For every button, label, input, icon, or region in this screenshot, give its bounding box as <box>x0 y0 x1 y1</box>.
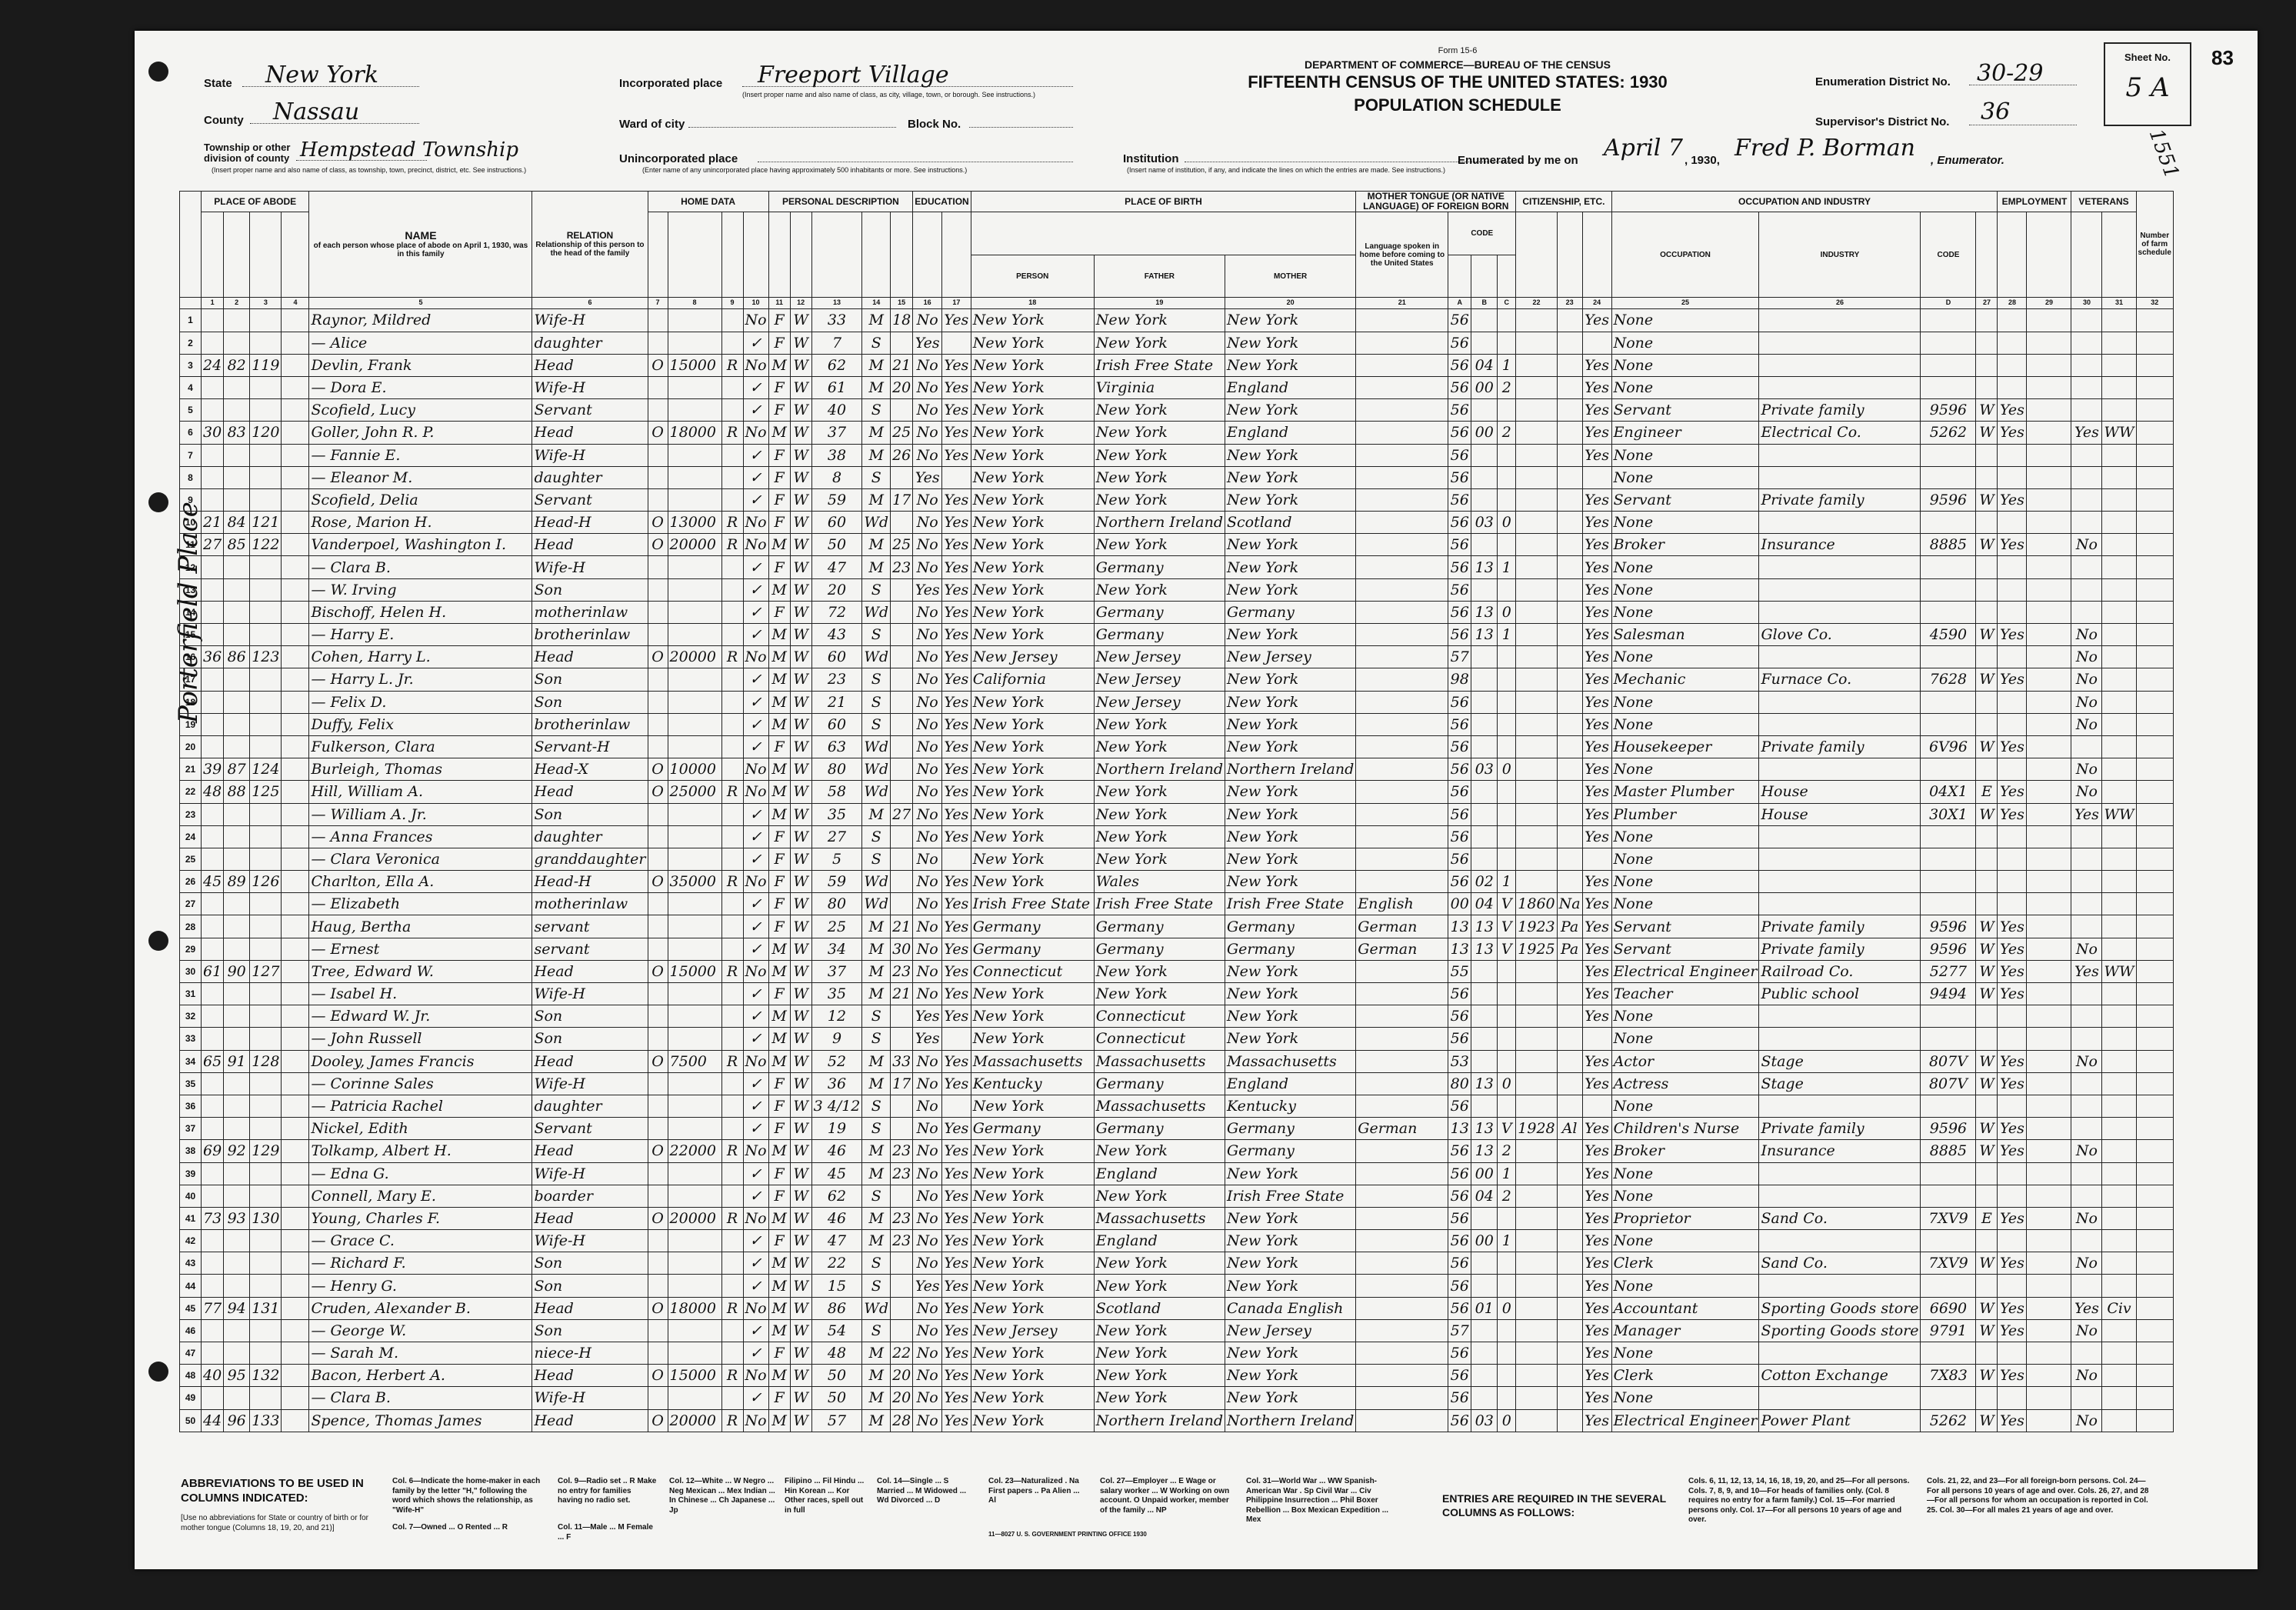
cell-code-d: 7XV9 <box>1921 1207 1976 1229</box>
cell-year-imm: 1860 <box>1516 893 1557 915</box>
cell-street <box>202 915 224 938</box>
cell-street <box>202 825 224 848</box>
cell-name: Goller, John R. P. <box>309 422 532 444</box>
cell-class: W <box>1976 422 1998 444</box>
cell-farm-sched <box>2136 825 2173 848</box>
cell-code-d: 8885 <box>1921 534 1976 556</box>
cell-year-imm <box>1516 803 1557 825</box>
cell-name: — Sarah M. <box>309 1342 532 1365</box>
cell-father: New York <box>1094 1365 1225 1387</box>
line-number: 39 <box>180 1162 202 1185</box>
cell-industry <box>1759 1185 1921 1207</box>
cell-at-work: Yes <box>1998 422 2027 444</box>
cell-sex: M <box>768 1297 790 1319</box>
cell-street <box>202 803 224 825</box>
cell-birth: New Jersey <box>971 646 1094 668</box>
cell-age: 22 <box>811 1252 862 1275</box>
cell-age-marriage <box>891 601 913 623</box>
line-number: 26 <box>180 871 202 893</box>
cell-owned <box>648 1118 668 1140</box>
cell-dwelling: 125 <box>250 781 282 803</box>
cell-code-d: 8885 <box>1921 1140 1976 1162</box>
cell-english: Yes <box>1582 646 1611 668</box>
cell-sex: M <box>768 578 790 601</box>
cell-occupation: Servant <box>1611 488 1759 511</box>
cell-code-a: 56 <box>1448 848 1471 870</box>
cell-race: W <box>790 825 811 848</box>
cell-code-c: 1 <box>1498 1230 1516 1252</box>
cell-language <box>1356 735 1448 758</box>
line-number: 28 <box>180 915 202 938</box>
cell-sex: F <box>768 1162 790 1185</box>
cell-value <box>668 691 721 713</box>
cell-marital: S <box>862 825 891 848</box>
cell-age: 36 <box>811 1072 862 1095</box>
cell-dwelling <box>250 1252 282 1275</box>
cell-age: 60 <box>811 713 862 735</box>
cell-school: No <box>913 1387 942 1409</box>
cell-year-imm <box>1516 624 1557 646</box>
cell-industry: Private family <box>1759 915 1921 938</box>
township-value: Hempstead Township <box>300 138 518 162</box>
cell-at-work <box>1998 512 2027 534</box>
cell-value <box>668 1095 721 1117</box>
year-immigration-header <box>1516 212 1557 298</box>
cell-year-imm <box>1516 1230 1557 1252</box>
cell-industry: Private family <box>1759 938 1921 960</box>
cell-industry: Private family <box>1759 488 1921 511</box>
cell-english: Yes <box>1582 512 1611 534</box>
cell-english <box>1582 848 1611 870</box>
cell-family <box>282 1185 309 1207</box>
cell-war <box>2102 1387 2136 1409</box>
cell-house <box>224 556 250 578</box>
cell-dwelling: 119 <box>250 354 282 376</box>
cell-natz <box>1557 735 1582 758</box>
cell-natz <box>1557 488 1582 511</box>
cell-age: 86 <box>811 1297 862 1319</box>
cell-english: Yes <box>1582 803 1611 825</box>
cell-father: New York <box>1094 983 1225 1005</box>
cell-relation: Servant <box>532 488 648 511</box>
cell-code-c <box>1498 735 1516 758</box>
cell-father: New York <box>1094 1185 1225 1207</box>
cell-unemp <box>2027 1005 2071 1028</box>
cell-code-b <box>1471 1252 1498 1275</box>
cell-code-b <box>1471 960 1498 982</box>
cell-owned <box>648 309 668 332</box>
cell-war <box>2102 1365 2136 1387</box>
cell-street <box>202 735 224 758</box>
cell-code-a: 80 <box>1448 1072 1471 1095</box>
cell-father: New Jersey <box>1094 668 1225 691</box>
cell-code-d: 9596 <box>1921 915 1976 938</box>
cell-birth: Germany <box>971 938 1094 960</box>
line-number: 22 <box>180 781 202 803</box>
cell-farm: ✓ <box>743 825 768 848</box>
cell-relation: Wife-H <box>532 1387 648 1409</box>
cell-language <box>1356 1028 1448 1050</box>
sex-header <box>768 212 790 298</box>
cell-code-a: 56 <box>1448 1409 1471 1432</box>
cell-sex: F <box>768 983 790 1005</box>
cell-mother: New York <box>1225 1005 1356 1028</box>
cell-english: Yes <box>1582 376 1611 398</box>
cell-value <box>668 893 721 915</box>
cell-english <box>1582 332 1611 354</box>
cell-at-work: Yes <box>1998 781 2027 803</box>
column-number: 5 <box>309 298 532 309</box>
cell-dwelling <box>250 578 282 601</box>
cell-code-a: 56 <box>1448 758 1471 781</box>
cell-war <box>2102 1252 2136 1275</box>
cell-unemp <box>2027 556 2071 578</box>
mother-tongue-header: MOTHER TONGUE (OR NATIVE LANGUAGE) OF FO… <box>1356 192 1516 212</box>
cell-dwelling <box>250 848 282 870</box>
cell-school: No <box>913 915 942 938</box>
cell-age: 60 <box>811 512 862 534</box>
cell-read: Yes <box>942 668 971 691</box>
cell-race: W <box>790 871 811 893</box>
cell-father: Germany <box>1094 601 1225 623</box>
cell-code-a: 56 <box>1448 781 1471 803</box>
cell-value <box>668 1319 721 1342</box>
cell-race: W <box>790 1185 811 1207</box>
line-number: 20 <box>180 735 202 758</box>
cell-code-a: 56 <box>1448 332 1471 354</box>
cell-natz <box>1557 422 1582 444</box>
cell-street <box>202 1387 224 1409</box>
cell-class <box>1976 1230 1998 1252</box>
cell-owned <box>648 1162 668 1185</box>
cell-family <box>282 399 309 422</box>
cell-class <box>1976 601 1998 623</box>
cell-value <box>668 1275 721 1297</box>
cell-dwelling: 126 <box>250 871 282 893</box>
cell-farm: ✓ <box>743 1252 768 1275</box>
cell-farm-sched <box>2136 466 2173 488</box>
cell-read: Yes <box>942 1409 971 1432</box>
cell-mother: Northern Ireland <box>1225 758 1356 781</box>
cell-code-d <box>1921 646 1976 668</box>
cell-name: — Eleanor M. <box>309 466 532 488</box>
cell-language <box>1356 1095 1448 1117</box>
cell-unemp <box>2027 1072 2071 1095</box>
cell-house <box>224 1072 250 1095</box>
column-number: 30 <box>2071 298 2102 309</box>
cell-vet <box>2071 825 2102 848</box>
cell-code-b: 00 <box>1471 1162 1498 1185</box>
cell-school: No <box>913 803 942 825</box>
cell-vet: No <box>2071 1409 2102 1432</box>
cell-family <box>282 1387 309 1409</box>
table-row: 213987124Burleigh, ThomasHead-XO10000NoM… <box>180 758 2197 781</box>
cell-radio <box>721 735 743 758</box>
cell-read: Yes <box>942 578 971 601</box>
cell-farm-sched <box>2136 534 2173 556</box>
cell-farm: No <box>743 512 768 534</box>
cell-name: Burleigh, Thomas <box>309 758 532 781</box>
cell-vet <box>2071 1072 2102 1095</box>
cell-year-imm <box>1516 983 1557 1005</box>
cell-father: England <box>1094 1162 1225 1185</box>
cell-value <box>668 1072 721 1095</box>
cell-age-marriage <box>891 713 913 735</box>
cell-vet <box>2071 735 2102 758</box>
cell-class: W <box>1976 1365 1998 1387</box>
cell-radio <box>721 848 743 870</box>
cell-father: New York <box>1094 332 1225 354</box>
cell-natz <box>1557 309 1582 332</box>
cell-mother: New York <box>1225 354 1356 376</box>
cell-code-d: 807V <box>1921 1072 1976 1095</box>
cell-unemp <box>2027 1409 2071 1432</box>
cell-vet <box>2071 848 2102 870</box>
cell-radio <box>721 556 743 578</box>
cell-sex: F <box>768 1387 790 1409</box>
cell-english: Yes <box>1582 578 1611 601</box>
cell-occupation: Housekeeper <box>1611 735 1759 758</box>
cell-school: No <box>913 871 942 893</box>
cell-family <box>282 354 309 376</box>
cell-radio <box>721 1319 743 1342</box>
cell-read <box>942 332 971 354</box>
language-header: Language spoken in home before coming to… <box>1356 212 1448 298</box>
cell-race: W <box>790 512 811 534</box>
cell-mother: New York <box>1225 1028 1356 1050</box>
cell-mother: New York <box>1225 1387 1356 1409</box>
cell-read: Yes <box>942 713 971 735</box>
cell-natz <box>1557 399 1582 422</box>
cell-farm-sched <box>2136 960 2173 982</box>
cell-english: Yes <box>1582 601 1611 623</box>
cell-owned <box>648 444 668 466</box>
cell-unemp <box>2027 1275 2071 1297</box>
cell-read: Yes <box>942 1342 971 1365</box>
cell-english: Yes <box>1582 871 1611 893</box>
cell-name: — Richard F. <box>309 1252 532 1275</box>
cell-unemp <box>2027 354 2071 376</box>
cell-street: 61 <box>202 960 224 982</box>
cell-street: 21 <box>202 512 224 534</box>
column-number: 18 <box>971 298 1094 309</box>
cell-school: No <box>913 309 942 332</box>
cell-code-d: 9494 <box>1921 983 1976 1005</box>
cell-farm-sched <box>2136 646 2173 668</box>
line-number: 29 <box>180 938 202 960</box>
cell-age: 19 <box>811 1118 862 1140</box>
cell-marital: S <box>862 691 891 713</box>
cell-sex: M <box>768 1028 790 1050</box>
cell-school: No <box>913 354 942 376</box>
cell-farm-sched <box>2136 512 2173 534</box>
cell-code-a: 56 <box>1448 1185 1471 1207</box>
cell-dwelling <box>250 624 282 646</box>
cell-father: New Jersey <box>1094 646 1225 668</box>
cell-code-b <box>1471 1028 1498 1050</box>
cell-industry <box>1759 1005 1921 1028</box>
cell-birth: New York <box>971 983 1094 1005</box>
cell-code-a: 56 <box>1448 488 1471 511</box>
cell-unemp <box>2027 601 2071 623</box>
cell-birth: New York <box>971 825 1094 848</box>
cell-name: Haug, Bertha <box>309 915 532 938</box>
cell-radio: R <box>721 1365 743 1387</box>
cell-birth: New York <box>971 422 1094 444</box>
cell-war <box>2102 512 2136 534</box>
cell-natz <box>1557 1297 1582 1319</box>
cell-at-work: Yes <box>1998 803 2027 825</box>
cell-school: No <box>913 376 942 398</box>
table-row: 49— Clara B.Wife-H✓FW50M20NoYesNew YorkN… <box>180 1387 2197 1409</box>
cell-language <box>1356 1319 1448 1342</box>
cell-industry <box>1759 758 1921 781</box>
cell-street <box>202 713 224 735</box>
cell-read: Yes <box>942 1252 971 1275</box>
cell-race: W <box>790 422 811 444</box>
cell-radio: R <box>721 960 743 982</box>
cell-house <box>224 1230 250 1252</box>
table-row: 346591128Dooley, James FrancisHeadO7500R… <box>180 1050 2197 1072</box>
cell-father: Northern Ireland <box>1094 1409 1225 1432</box>
cell-natz <box>1557 871 1582 893</box>
cell-birth: Connecticut <box>971 960 1094 982</box>
cell-sex: F <box>768 399 790 422</box>
cell-value: 7500 <box>668 1050 721 1072</box>
cell-year-imm <box>1516 960 1557 982</box>
cell-code-a: 56 <box>1448 1365 1471 1387</box>
cell-year-imm: 1925 <box>1516 938 1557 960</box>
cell-value <box>668 735 721 758</box>
cell-school: No <box>913 713 942 735</box>
cell-code-d <box>1921 466 1976 488</box>
cell-owned: O <box>648 1050 668 1072</box>
cell-family <box>282 422 309 444</box>
cell-marital: M <box>862 1162 891 1185</box>
cell-father: New York <box>1094 960 1225 982</box>
cell-relation: Son <box>532 578 648 601</box>
cell-code-b: 03 <box>1471 1409 1498 1432</box>
cell-father: Germany <box>1094 1118 1225 1140</box>
cell-at-work: Yes <box>1998 1319 2027 1342</box>
cell-natz <box>1557 1072 1582 1095</box>
cell-dwelling <box>250 983 282 1005</box>
column-number: 23 <box>1557 298 1582 309</box>
unincorporated-note: (Enter name of any unincorporated place … <box>642 166 967 174</box>
cell-race: W <box>790 399 811 422</box>
cell-name: Bacon, Herbert A. <box>309 1365 532 1387</box>
cell-read: Yes <box>942 871 971 893</box>
cell-radio <box>721 1118 743 1140</box>
cell-code-b <box>1471 713 1498 735</box>
cell-farm-sched <box>2136 1005 2173 1028</box>
table-row: 23— William A. Jr.Son✓MW35M27NoYesNew Yo… <box>180 803 2197 825</box>
cell-name: — W. Irving <box>309 578 532 601</box>
cell-code-c <box>1498 534 1516 556</box>
line-number: 46 <box>180 1319 202 1342</box>
cell-house: 91 <box>224 1050 250 1072</box>
cell-father: Germany <box>1094 624 1225 646</box>
cell-farm: ✓ <box>743 1072 768 1095</box>
cell-age-marriage: 23 <box>891 960 913 982</box>
cell-natz <box>1557 825 1582 848</box>
cell-radio <box>721 578 743 601</box>
cell-language <box>1356 534 1448 556</box>
cell-age: 43 <box>811 624 862 646</box>
cell-marital: M <box>862 488 891 511</box>
cell-relation: Head <box>532 1050 648 1072</box>
cell-age: 3 4/12 <box>811 1095 862 1117</box>
cell-value <box>668 1252 721 1275</box>
cell-age-marriage: 20 <box>891 1365 913 1387</box>
cell-code-c <box>1498 1050 1516 1072</box>
cell-code-d: 04X1 <box>1921 781 1976 803</box>
cell-vet: No <box>2071 668 2102 691</box>
table-row: 102184121Rose, Marion H.Head-HO13000RNoF… <box>180 512 2197 534</box>
cell-age-marriage: 26 <box>891 444 913 466</box>
cell-dwelling: 124 <box>250 758 282 781</box>
line-number: 3 <box>180 354 202 376</box>
column-number: 4 <box>282 298 309 309</box>
cell-father: Wales <box>1094 871 1225 893</box>
cell-unemp <box>2027 893 2071 915</box>
punch-hole <box>148 62 168 82</box>
cell-natz <box>1557 1387 1582 1409</box>
cell-radio <box>721 624 743 646</box>
cell-farm: ✓ <box>743 1387 768 1409</box>
cell-vet <box>2071 915 2102 938</box>
cell-age: 45 <box>811 1162 862 1185</box>
cell-unemp <box>2027 1342 2071 1365</box>
veteran-header <box>2071 212 2102 298</box>
cell-father: Germany <box>1094 915 1225 938</box>
cell-mother: New York <box>1225 1252 1356 1275</box>
cell-natz: Pa <box>1557 915 1582 938</box>
cell-at-work <box>1998 444 2027 466</box>
cell-birth: New York <box>971 1275 1094 1297</box>
cell-occupation: Master Plumber <box>1611 781 1759 803</box>
cell-code-a: 56 <box>1448 871 1471 893</box>
cell-farm-sched <box>2136 624 2173 646</box>
cell-birth: Massachusetts <box>971 1050 1094 1072</box>
cell-radio <box>721 332 743 354</box>
cell-mother: New York <box>1225 534 1356 556</box>
cell-language <box>1356 758 1448 781</box>
cell-english: Yes <box>1582 983 1611 1005</box>
cell-at-work: Yes <box>1998 1365 2027 1387</box>
sheet-label: Sheet No. <box>2105 52 2190 63</box>
cell-father: New York <box>1094 1342 1225 1365</box>
cell-family <box>282 556 309 578</box>
cell-radio <box>721 444 743 466</box>
cell-father: Massachusetts <box>1094 1050 1225 1072</box>
cell-farm: ✓ <box>743 556 768 578</box>
cell-radio: R <box>721 354 743 376</box>
cell-age-marriage <box>891 578 913 601</box>
cell-code-b <box>1471 1342 1498 1365</box>
cell-age-marriage <box>891 1118 913 1140</box>
cell-farm-sched <box>2136 938 2173 960</box>
cell-relation: Son <box>532 1028 648 1050</box>
line-number: 2 <box>180 332 202 354</box>
cell-mother: New York <box>1225 624 1356 646</box>
cell-age: 50 <box>811 1387 862 1409</box>
cell-vet <box>2071 893 2102 915</box>
cell-language: German <box>1356 915 1448 938</box>
cell-natz <box>1557 1365 1582 1387</box>
cell-sex: M <box>768 422 790 444</box>
cell-code-a: 53 <box>1448 1050 1471 1072</box>
